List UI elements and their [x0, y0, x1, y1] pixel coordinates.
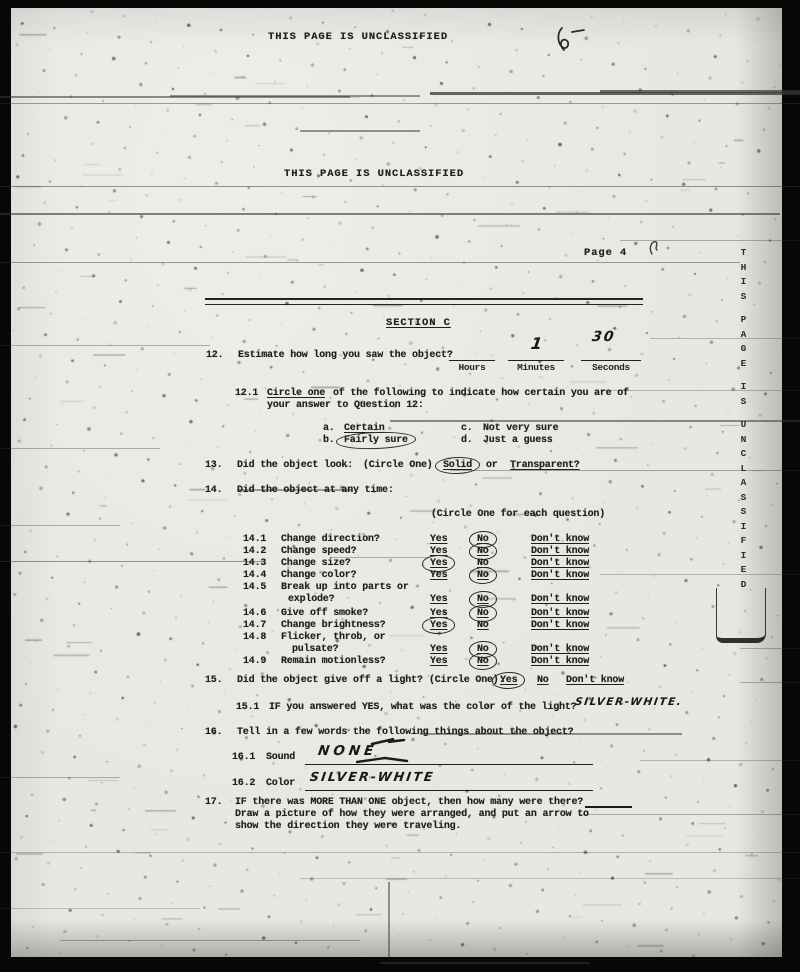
question-12-line: 12. Estimate how long you saw the object…	[0, 350, 800, 363]
answer-dont-know: Don't know	[531, 570, 589, 581]
section-heading-line: SECTION C	[0, 317, 800, 330]
section-title: SECTION C	[386, 317, 451, 329]
question-number: 13.	[205, 460, 222, 471]
question-text: your answer to Question 12:	[267, 400, 424, 411]
row-question: Flicker, throb, or	[281, 632, 385, 643]
handwritten-squiggle-top	[548, 24, 588, 56]
answer-yes: Yes	[430, 656, 447, 667]
color-answer-line	[305, 789, 593, 791]
row-question: Change speed?	[281, 546, 356, 557]
question-number: 17.	[205, 797, 222, 808]
row-question-continued: explode?	[288, 594, 334, 605]
handwritten-color-value: SILVER-WHITE	[309, 769, 436, 784]
question-12-1-line2: your answer to Question 12:	[0, 400, 800, 413]
question-text: Did the object at any time:	[237, 485, 394, 496]
answer-no: No	[477, 608, 489, 619]
row-number: 14.7	[243, 620, 266, 631]
question-number: 14.	[205, 485, 222, 496]
circle-one-emphasis: Circle one	[267, 388, 325, 399]
question-15-line: 15. Did the object give off a light? (Ci…	[0, 675, 800, 688]
row-number: 14.6	[243, 608, 266, 619]
handwritten-squiggle-page	[644, 238, 664, 258]
question-13-line: 13. Did the object look: (Circle One) So…	[0, 460, 800, 473]
row-question: Break up into parts or	[281, 582, 409, 593]
page-number-line: Page 4	[0, 247, 800, 260]
option-not-very-sure: Not very sure	[483, 423, 558, 434]
answer-dont-know: Don't know	[531, 620, 589, 631]
ink-stroke-over-sound	[370, 736, 410, 748]
answer-dont-know: Don't know	[531, 644, 589, 655]
question-number: 15.1	[236, 702, 259, 713]
question-text: of the following to indicate how certain…	[333, 388, 629, 399]
answer-yes: Yes	[430, 558, 447, 569]
conjunction: or	[486, 460, 498, 471]
answer-yes: Yes	[430, 644, 447, 655]
question-17-line3: show the direction they were traveling.	[0, 821, 800, 834]
circle-one-instruction: (Circle One)	[363, 460, 433, 471]
option-key: b.	[323, 435, 335, 446]
row-number: 14.5	[243, 582, 266, 593]
row-number: 14.8	[243, 632, 266, 643]
answer-yes: Yes	[430, 570, 447, 581]
document-page: THIS PAGE IS UNCLASSIFIED THIS PAGE IS U…	[0, 0, 800, 972]
sound-answer-line	[305, 763, 593, 765]
row-number: 14.1	[243, 534, 266, 545]
question-text: Estimate how long you saw the object?	[238, 350, 453, 361]
answer-yes: Yes	[430, 534, 447, 545]
answer-yes: Yes	[430, 620, 447, 631]
answer-dont-know: Don't know	[531, 608, 589, 619]
staple-mark	[716, 588, 766, 643]
row-question: Change size?	[281, 558, 351, 569]
question-number: 16.	[205, 727, 222, 738]
handwritten-seconds-value: 30	[591, 329, 617, 345]
row-question: Change direction?	[281, 534, 380, 545]
answer-dont-know: Don't know	[531, 656, 589, 667]
classification-text: THIS PAGE IS UNCLASSIFIED	[284, 168, 464, 180]
sub-number: 16.2	[232, 778, 255, 789]
answer-dont-know: Don't know	[531, 546, 589, 557]
row-question-continued: pulsate?	[292, 644, 338, 655]
question-number: 12.	[206, 350, 223, 361]
q12-1-options-row-2: b. Fairly sure d. Just a guess	[0, 435, 800, 448]
answer-no: No	[477, 656, 489, 667]
answer-dont-know: Don't know	[531, 594, 589, 605]
question-14-line: 14. Did the object at any time:	[0, 485, 800, 498]
row-number: 14.3	[243, 558, 266, 569]
answer-dont-know: Don't know	[531, 558, 589, 569]
question-text: show the direction they were traveling.	[235, 821, 461, 832]
question-number: 15.	[205, 675, 222, 686]
question-number: 12.1	[235, 388, 258, 399]
seconds-field-label: Seconds	[581, 360, 641, 373]
answer-yes: Yes	[500, 675, 517, 686]
answer-dont-know: Don't know	[566, 675, 624, 686]
option-fairly-sure: Fairly sure	[344, 435, 408, 446]
row-question: Give off smoke?	[281, 608, 368, 619]
question-text: IF there was MORE THAN ONE object, then …	[235, 797, 583, 808]
row-number: 14.9	[243, 656, 266, 667]
answer-no: No	[537, 675, 549, 686]
q14-row-9: 14.9 Remain motionless? Yes No Don't kno…	[0, 656, 800, 669]
answer-no: No	[477, 620, 489, 631]
classification-banner-top: THIS PAGE IS UNCLASSIFIED	[0, 31, 800, 44]
option-solid: Solid	[443, 460, 472, 471]
row-question: Change color?	[281, 570, 356, 581]
question-text: Draw a picture of how they were arranged…	[235, 809, 589, 820]
q14-instruction-line: (Circle One for each question)	[0, 509, 800, 522]
answer-no: No	[477, 570, 489, 581]
answer-no: No	[477, 594, 489, 605]
option-transparent: Transparent?	[510, 460, 580, 471]
answer-yes: Yes	[430, 594, 447, 605]
classification-text: THIS PAGE IS UNCLASSIFIED	[268, 31, 448, 43]
color-field-label: Color	[266, 778, 295, 789]
sound-field-label: Sound	[266, 752, 295, 763]
question-text: Did the object give off a light?	[237, 675, 423, 686]
circle-one-instruction: (Circle One for each question)	[431, 509, 605, 520]
option-key: a.	[323, 423, 335, 434]
handwritten-light-color: SILVER-WHITE.	[574, 696, 683, 708]
classification-banner-middle: THIS PAGE IS UNCLASSIFIED	[0, 168, 800, 181]
row-question: Remain motionless?	[281, 656, 385, 667]
answer-no: No	[477, 546, 489, 557]
ink-stroke-under-sound	[355, 756, 410, 766]
question-text: Did the object look:	[237, 460, 353, 471]
question-text: IF you answered YES, what was the color …	[269, 702, 576, 713]
row-number: 14.4	[243, 570, 266, 581]
option-key: c.	[461, 423, 473, 434]
option-key: d.	[461, 435, 473, 446]
page-number: Page 4	[584, 247, 627, 259]
minutes-field-label: Minutes	[508, 360, 564, 373]
sub-number: 16.1	[232, 752, 255, 763]
answer-dont-know: Don't know	[531, 534, 589, 545]
section-divider-rule	[205, 298, 643, 305]
row-number: 14.2	[243, 546, 266, 557]
row-question: Change brightness?	[281, 620, 385, 631]
q14-row-5-line2: explode? Yes No Don't know	[0, 594, 800, 607]
hours-field-label: Hours	[449, 360, 495, 373]
option-just-a-guess: Just a guess	[483, 435, 553, 446]
